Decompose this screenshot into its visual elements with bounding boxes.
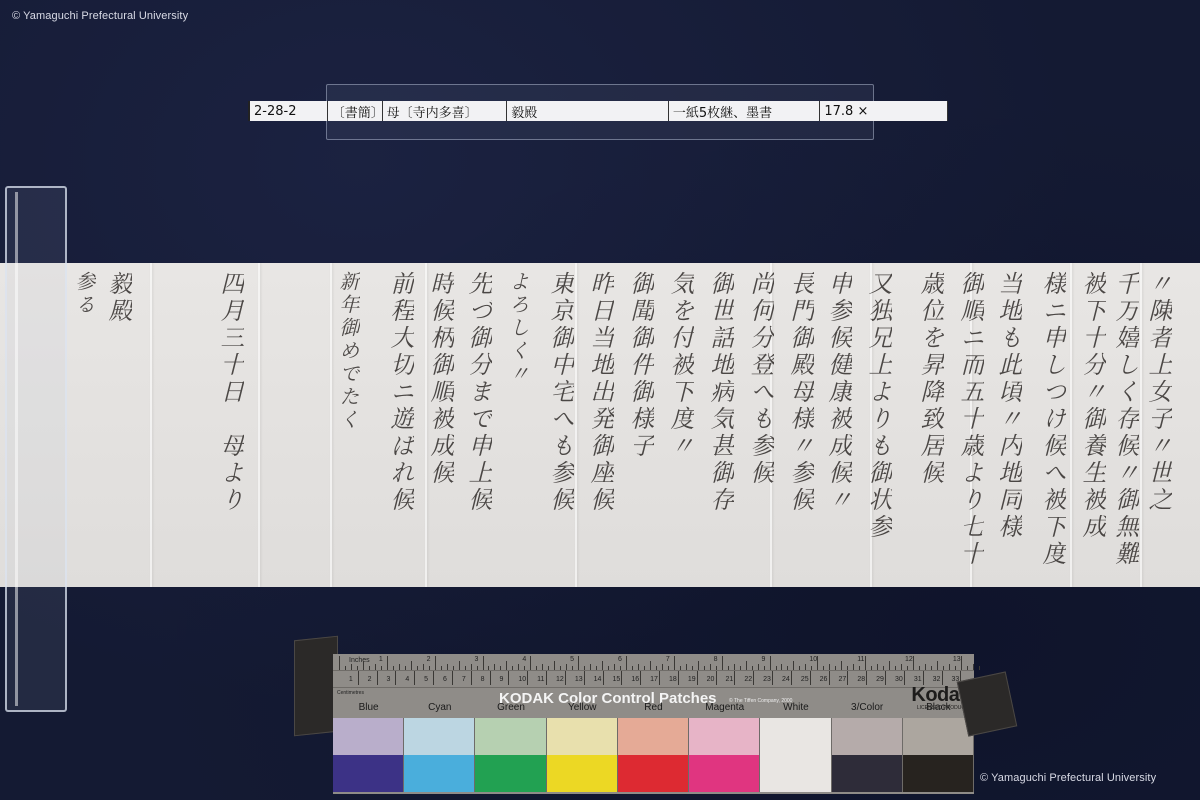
letter-column: 御聞御件御様子 [628,271,652,460]
kodak-color-strip: Inches 12345678910111213 123456789101112… [333,654,974,794]
cm-tick [508,671,509,685]
ruler-tick [554,661,555,670]
cm-tick-label: 9 [499,676,503,683]
ruler-tick [614,664,615,670]
patch-dark [475,755,545,792]
cm-tick-label: 12 [556,676,564,683]
paper-fold [575,263,577,587]
patch-label: Green [475,702,546,716]
ruler-tick [387,656,388,670]
ruler-tick [811,666,812,670]
ruler-tick [787,666,788,670]
ruler-tick [686,664,687,670]
patch-light [404,718,474,755]
cm-tick [358,671,359,685]
ruler-tick [913,656,914,670]
ruler-tick [949,664,950,670]
inch-tick-label: 9 [762,656,766,663]
cm-tick [659,671,660,685]
label-cell: 毅殿 [507,101,669,121]
cm-tick [810,671,811,685]
ruler-tick [459,661,460,670]
ruler-tick [357,666,358,670]
letter-column: 気を付被下度〃 [668,271,692,460]
ruler-tick [734,664,735,670]
ruler-tick [770,656,771,670]
patch-label: White [760,702,831,716]
cm-tick-label: 2 [368,676,372,683]
color-patch [333,718,404,792]
ruler-tick [740,666,741,670]
ruler-tick [799,666,800,670]
cm-tick-label: 3 [386,676,390,683]
cm-tick-label: 21 [725,676,733,683]
ruler-tick [638,664,639,670]
tape-right [957,671,1018,736]
letter-column: 様ニ申しつけ候へ被下度 [1040,271,1064,568]
letter-column: 新年御めでたく [338,271,358,432]
cm-scale: 1234567891011121314151617181920212223242… [333,671,974,688]
letter-column: 毅殿 [106,271,130,325]
cm-tick-label: 13 [575,676,583,683]
inch-tick-label: 2 [427,656,431,663]
ruler-tick [411,661,412,670]
inch-tick-label: 11 [857,656,864,663]
cm-tick [621,671,622,685]
patch-dark [689,755,759,792]
ruler-tick [375,664,376,670]
cm-tick [753,671,754,685]
ruler-tick [781,664,782,670]
cm-tick [546,671,547,685]
inches-label: Inches [349,657,370,664]
cm-tick-label: 19 [688,676,696,683]
label-cell: 〔書簡〕 [328,101,383,121]
ruler-tick [895,666,896,670]
ruler-tick [710,664,711,670]
ruler-tick [907,666,908,670]
watermark-top-left: © Yamaguchi Prefectural University [12,10,188,22]
ruler-tick [626,656,627,670]
letter-column: 先づ御分まで申上候 [466,271,490,514]
ruler-tick [871,666,872,670]
inch-tick-label: 6 [618,656,622,663]
ruler-tick [793,661,794,670]
ruler-tick [817,656,818,670]
cm-tick [829,671,830,685]
ruler-tick [662,664,663,670]
cm-tick [395,671,396,685]
ruler-tick [668,666,669,670]
cm-tick [942,671,943,685]
paper-fold [330,263,332,587]
ruler-tick [716,666,717,670]
patch-light [760,718,830,755]
inch-tick-label: 10 [809,656,817,663]
ruler-tick [722,656,723,670]
cm-tick-label: 14 [594,676,602,683]
patch-names: BlueCyanGreenYellowRedMagentaWhite3/Colo… [333,702,974,716]
ruler-tick [853,664,854,670]
ruler-tick [901,664,902,670]
cm-tick-label: 17 [650,676,658,683]
ruler-tick [865,656,866,670]
color-patch [475,718,546,792]
ruler-tick [596,666,597,670]
ruler-tick [967,666,968,670]
inch-tick-label: 1 [379,656,383,663]
ruler-tick [518,664,519,670]
ruler-tick [764,666,765,670]
label-cell: 母〔寺内多喜〕 [383,101,508,121]
cm-tick [904,671,905,685]
letter-column: 前程大切ニ遊ばれ候 [388,271,412,514]
ruler-tick [542,664,543,670]
patch-dark [903,755,973,792]
patch-label: 3/Color [832,702,903,716]
ruler-tick [823,666,824,670]
cm-tick-label: 18 [669,676,677,683]
ruler-tick [405,666,406,670]
label-cell: 2-28-2 [250,101,328,121]
cm-tick-label: 29 [876,676,884,683]
label-cell: 17.8 × [820,101,948,121]
patch-light [333,718,403,755]
inch-tick-label: 8 [714,656,718,663]
ruler-tick [829,664,830,670]
ruler-tick [494,664,495,670]
ruler-tick [488,666,489,670]
ruler-tick [560,666,561,670]
patch-light [547,718,617,755]
patch-light [475,718,545,755]
patch-label: Yellow [547,702,618,716]
inch-tick-label: 3 [475,656,479,663]
paper-fold [1140,263,1142,587]
inch-tick-label: 5 [570,656,574,663]
ruler-tick [506,661,507,670]
cm-tick-label: 7 [462,676,466,683]
cm-tick-label: 22 [744,676,752,683]
letter-column: 被下十分〃御養生被成 [1080,271,1104,541]
letter-column: 四月三十日 母より [218,271,242,514]
cm-tick-label: 10 [518,676,526,683]
inch-tick-label: 12 [905,656,913,663]
ruler-tick [889,661,890,670]
letter-column: 〃陳者上女子〃世之 [1146,271,1170,514]
ruler-tick [704,666,705,670]
patch-dark [618,755,688,792]
cm-tick-label: 16 [631,676,639,683]
color-patch [618,718,689,792]
letter-column: 参る [74,271,94,317]
patch-light [689,718,759,755]
inch-tick-label: 4 [522,656,526,663]
ruler-tick [602,661,603,670]
cm-tick [471,671,472,685]
ruler-tick [746,661,747,670]
ruler-tick [566,664,567,670]
centimetres-label: Centimetres [337,690,364,696]
paper-fold [258,263,260,587]
cm-tick-label: 6 [443,676,447,683]
ruler-tick [835,666,836,670]
ruler-tick [465,666,466,670]
catalog-label-strip: 2-28-2〔書簡〕母〔寺内多喜〕毅殿一紙5枚継、墨書17.8 × [248,101,948,121]
watermark-bottom-right: © Yamaguchi Prefectural University [980,772,1156,784]
patch-label: Magenta [689,702,760,716]
patch-light [832,718,902,755]
letter-column: 御順ニ而五十歳より七十 [958,271,982,568]
letter-column: 御世話地病気甚御存 [708,271,732,514]
patch-label: Cyan [404,702,475,716]
cm-tick [433,671,434,685]
cm-tick [866,671,867,685]
patch-label: Red [618,702,689,716]
color-patch [832,718,903,792]
cm-tick [678,671,679,685]
ruler-tick [369,666,370,670]
ruler-tick [859,666,860,670]
ruler-tick [453,666,454,670]
cm-tick [885,671,886,685]
patch-light [903,718,973,755]
color-patches [333,718,974,792]
letter-column: 当地も此頃〃内地同様 [996,271,1020,541]
ruler-tick [937,661,938,670]
ruler-tick [590,664,591,670]
ruler-tick [471,664,472,670]
ruler-tick [351,664,352,670]
cm-tick-label: 28 [857,676,865,683]
ruler-tick [578,656,579,670]
ruler-tick [441,666,442,670]
inch-tick-label: 7 [666,656,670,663]
ruler-tick [674,656,675,670]
cm-tick [584,671,585,685]
ruler-tick [483,656,484,670]
ruler-tick [363,661,364,670]
inch-tick-label: 13 [953,656,961,663]
ruler-tick [536,666,537,670]
ruler-tick [500,666,501,670]
cm-tick [414,671,415,685]
paper-fold [1070,263,1072,587]
cm-tick [377,671,378,685]
cm-tick [565,671,566,685]
ruler: Inches 12345678910111213 123456789101112… [333,654,974,688]
ruler-tick [345,666,346,670]
letter-column: 申参候健康被成候〃 [826,271,850,514]
ruler-tick [841,661,842,670]
ruler-tick [399,664,400,670]
patch-label: Blue [333,702,404,716]
patch-dark [333,755,403,792]
cm-tick-label: 5 [424,676,428,683]
ruler-tick [805,664,806,670]
cm-tick [772,671,773,685]
letter-paper: 〃陳者上女子〃世之千万嬉しく存候〃御無難被下十分〃御養生被成様ニ申しつけ候へ被下… [0,263,1200,587]
ruler-tick [477,666,478,670]
color-patch [903,718,974,792]
cm-tick-label: 32 [933,676,941,683]
cm-tick [791,671,792,685]
ruler-tick [608,666,609,670]
ruler-tick [973,664,974,670]
ruler-tick [524,666,525,670]
letter-column: 又独兄上よりも御状参 [866,271,890,541]
ruler-tick [925,664,926,670]
letter-column: 千万嬉しく存候〃御無難 [1113,271,1137,568]
ruler-tick [752,666,753,670]
cm-tick-label: 26 [820,676,828,683]
color-patch [760,718,831,792]
paper-fold [150,263,152,587]
cm-tick [847,671,848,685]
letter-column: 昨日当地出発御座候 [588,271,612,514]
ruler-tick [883,666,884,670]
ruler-tick [877,664,878,670]
letter-column: 時候柄御順被成候 [428,271,452,487]
ruler-tick [758,664,759,670]
cm-tick-label: 8 [481,676,485,683]
ruler-tick [548,666,549,670]
cm-tick [603,671,604,685]
letter-column: よろしく〃 [508,271,528,386]
ruler-tick [776,666,777,670]
cm-tick-label: 4 [405,676,409,683]
cm-tick [923,671,924,685]
cm-tick-label: 31 [914,676,922,683]
ruler-tick [692,666,693,670]
ruler-tick [429,666,430,670]
acrylic-weight-bar [5,186,67,712]
cm-tick-label: 23 [763,676,771,683]
letter-column: 東京御中宅へも参候 [548,271,572,514]
ruler-tick [931,666,932,670]
cm-tick [490,671,491,685]
color-patch [689,718,760,792]
letter-column: 長門御殿母様〃参候 [788,271,812,514]
ruler-tick [728,666,729,670]
label-cell: 一紙5枚継、墨書 [669,101,821,121]
color-patch [547,718,618,792]
ruler-tick [632,666,633,670]
cm-tick [697,671,698,685]
letter-column: 歳位を昇降致居候 [918,271,942,487]
ruler-tick [423,664,424,670]
patch-dark [547,755,617,792]
cm-tick-label: 24 [782,676,790,683]
ruler-tick [530,656,531,670]
ruler-tick [979,666,980,670]
tape-left [294,636,338,737]
ruler-tick [943,666,944,670]
ruler-tick [961,656,962,670]
cm-tick-label: 27 [838,676,846,683]
cm-tick-label: 20 [707,676,715,683]
ruler-tick [656,666,657,670]
cm-tick [734,671,735,685]
cm-tick-label: 15 [612,676,620,683]
ruler-tick [584,666,585,670]
ruler-tick [417,666,418,670]
color-patch [404,718,475,792]
patch-dark [832,755,902,792]
ruler-tick [644,666,645,670]
patch-dark [404,755,474,792]
ruler-tick [847,666,848,670]
ruler-tick [955,666,956,670]
cm-tick-label: 25 [801,676,809,683]
ruler-tick [572,666,573,670]
ruler-tick [435,656,436,670]
ruler-tick [512,666,513,670]
cm-tick [452,671,453,685]
ruler-tick [620,666,621,670]
cm-tick [716,671,717,685]
letter-column: 尚何分登へも参候 [748,271,772,487]
ruler-tick [680,666,681,670]
cm-tick [640,671,641,685]
ruler-tick [650,661,651,670]
ruler-tick [339,656,340,670]
ruler-tick [381,666,382,670]
patch-light [618,718,688,755]
cm-tick-label: 11 [537,676,544,683]
ruler-tick [698,661,699,670]
ruler-tick [447,664,448,670]
ruler-tick [919,666,920,670]
cm-tick-label: 30 [895,676,903,683]
inch-scale: Inches 12345678910111213 [333,654,974,671]
cm-tick-label: 1 [349,676,353,683]
patch-dark [760,755,830,792]
cm-tick [527,671,528,685]
ruler-tick [393,666,394,670]
